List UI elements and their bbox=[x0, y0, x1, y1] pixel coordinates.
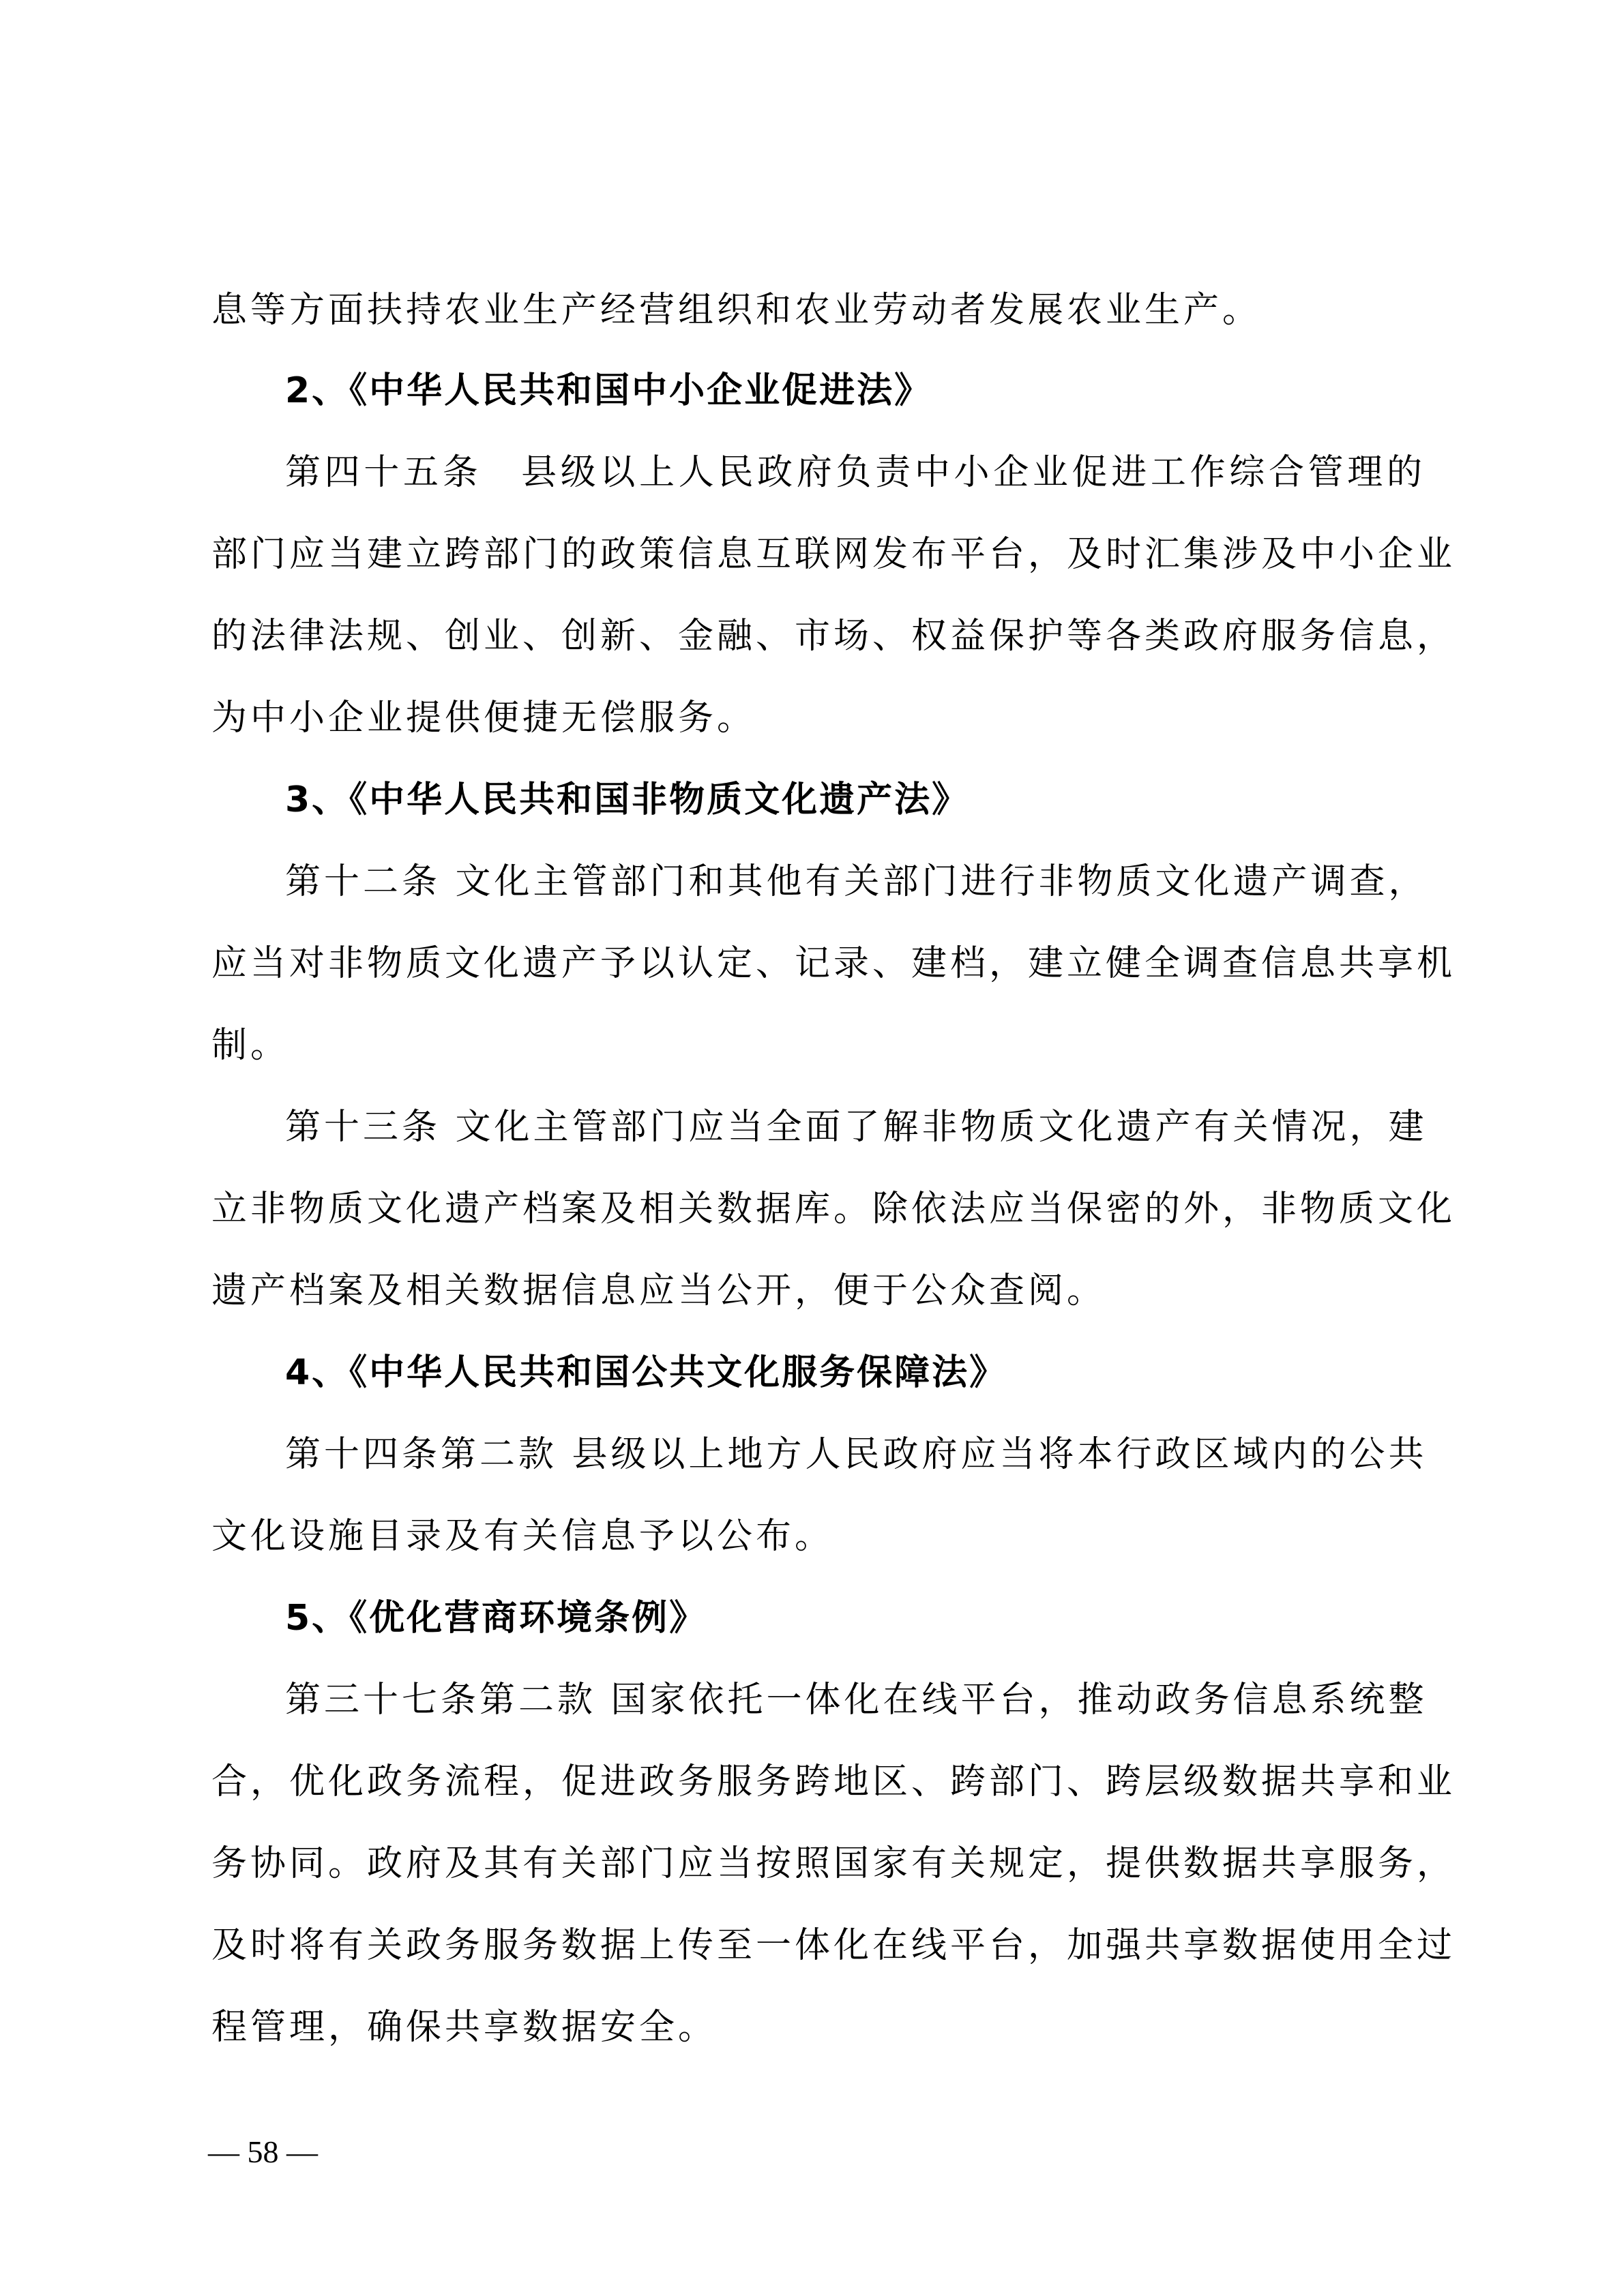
article-45-line-4: 为中小企业提供便捷无偿服务。 bbox=[211, 694, 756, 742]
article-13-line-1: 第十三条 文化主管部门应当全面了解非物质文化遗产有关情况，建 bbox=[285, 1103, 1426, 1151]
article-37-line-2: 合，优化政务流程，促进政务服务跨地区、跨部门、跨层级数据共享和业 bbox=[211, 1758, 1426, 1806]
section-heading-5: 5、《优化营商环境条例》 bbox=[285, 1594, 1426, 1642]
article-37-line-1: 第三十七条第二款 国家依托一体化在线平台，推动政务信息系统整 bbox=[285, 1676, 1426, 1724]
document-page: 息等方面扶持农业生产经营组织和农业劳动者发展农业生产。 2、《中华人民共和国中小… bbox=[0, 0, 1624, 2296]
article-37-line-3: 务协同。政府及其有关部门应当按照国家有关规定，提供数据共享服务， bbox=[211, 1840, 1426, 1888]
article-13-line-2: 立非物质文化遗产档案及相关数据库。除依法应当保密的外，非物质文化 bbox=[211, 1185, 1426, 1233]
body-text-line: 息等方面扶持农业生产经营组织和农业劳动者发展农业生产。 bbox=[211, 286, 1261, 334]
article-37-line-5: 程管理，确保共享数据安全。 bbox=[211, 2003, 717, 2051]
article-45-line-3: 的法律法规、创业、创新、金融、市场、权益保护等各类政府服务信息， bbox=[211, 612, 1426, 660]
article-12-line-2: 应当对非物质文化遗产予以认定、记录、建档，建立健全调查信息共享机 bbox=[211, 940, 1426, 987]
article-37-line-4: 及时将有关政务服务数据上传至一体化在线平台，加强共享数据使用全过 bbox=[211, 1922, 1426, 1969]
section-heading-3: 3、《中华人民共和国非物质文化遗产法》 bbox=[285, 776, 1426, 824]
article-12-line-3: 制。 bbox=[211, 1022, 289, 1069]
section-heading-2: 2、《中华人民共和国中小企业促进法》 bbox=[285, 367, 1426, 415]
section-heading-4: 4、《中华人民共和国公共文化服务保障法》 bbox=[285, 1349, 1426, 1397]
article-45-line-2: 部门应当建立跨部门的政策信息互联网发布平台，及时汇集涉及中小企业 bbox=[211, 531, 1426, 578]
article-45-line-1: 第四十五条 县级以上人民政府负责中小企业促进工作综合管理的 bbox=[285, 449, 1426, 496]
article-13-line-3: 遗产档案及相关数据信息应当公开，便于公众查阅。 bbox=[211, 1267, 1106, 1315]
article-12-line-1: 第十二条 文化主管部门和其他有关部门进行非物质文化遗产调查， bbox=[285, 858, 1426, 906]
page-number-footer: — 58 — bbox=[208, 2132, 318, 2173]
article-14-line-1: 第十四条第二款 县级以上地方人民政府应当将本行政区域内的公共 bbox=[285, 1431, 1426, 1478]
article-14-line-2: 文化设施目录及有关信息予以公布。 bbox=[211, 1512, 833, 1560]
